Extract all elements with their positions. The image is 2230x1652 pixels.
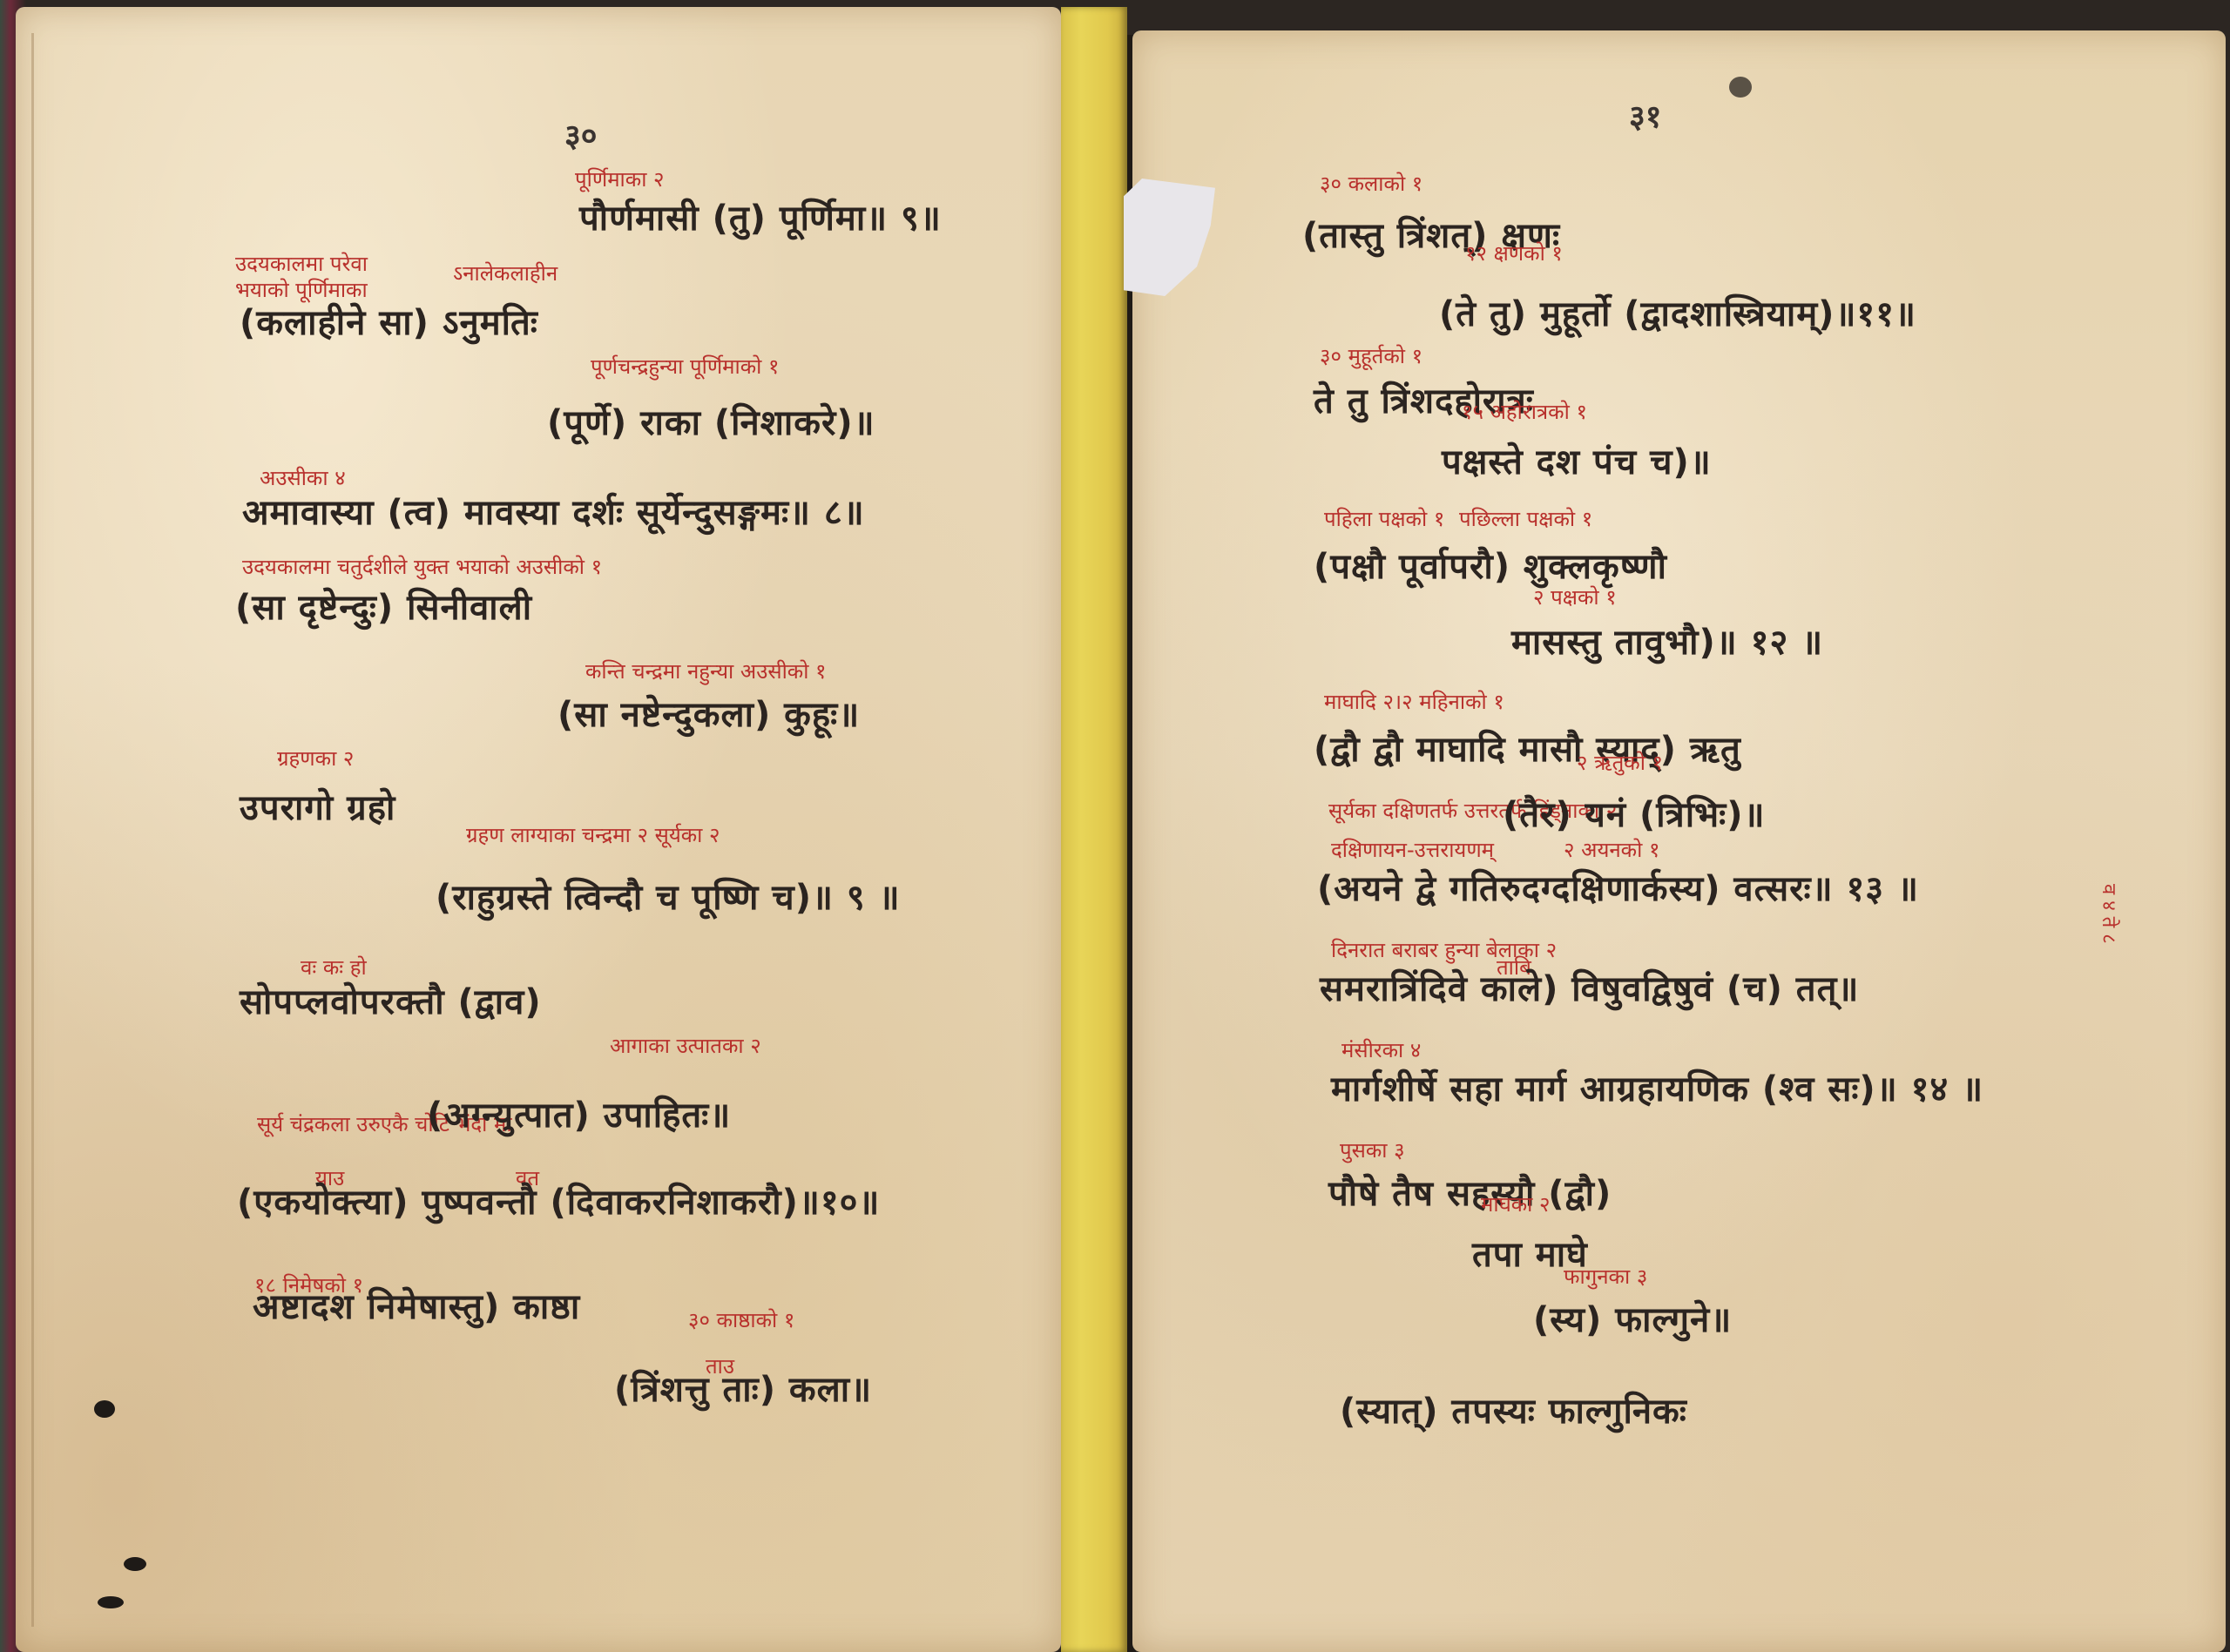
red-gloss-annotation: ग्रहण लाग्याका चन्द्रमा २ सूर्यका २ — [466, 820, 720, 849]
right-page-number: ३१ — [1629, 94, 1661, 137]
ink-stain — [124, 1557, 146, 1571]
red-gloss-annotation: दक्षिणायन-उत्तरायणम् — [1331, 835, 1494, 864]
verse-line: मार्गशीर्षे सहा मार्ग आग्रहायणिक (श्व सः… — [1331, 1063, 1983, 1111]
red-gloss-annotation: २ अयनको १ — [1564, 835, 1659, 864]
margin-note: व ४ ते ८ — [2095, 884, 2121, 944]
verse-line: (द्वौ द्वौ माघादि मासौ स्याद्) ऋतु — [1314, 724, 1741, 772]
verse-line: (राहुग्रस्ते त्विन्दौ च पूष्णि च)॥ ९ ॥ — [436, 872, 901, 920]
red-gloss-annotation: १२ क्षणको १ — [1465, 239, 1563, 267]
red-gloss-annotation: २ ऋतुको १ — [1577, 748, 1663, 777]
red-gloss-annotation: पहिला पक्षको १ — [1324, 504, 1444, 533]
red-gloss-annotation: ३० काष्ठाको १ — [688, 1305, 794, 1334]
verse-line: पौषे तैष सहस्यौ (द्वौ) — [1328, 1168, 1612, 1216]
verse-line: (पक्षौ पूर्वापरौ) शुक्लकृष्णौ — [1314, 541, 1667, 589]
red-gloss-annotation: उदयकालमा परेवा — [235, 249, 368, 278]
verse-line: (त्रिंशत्तु ताः) कला॥ — [614, 1364, 872, 1412]
verse-line: समरात्रिंदिवे काले) विषुवद्विषुवं (च) तत… — [1320, 963, 1859, 1011]
red-gloss-annotation: पूर्णिमाका २ — [575, 165, 665, 193]
red-gloss-annotation: ३० कलाको १ — [1320, 169, 1422, 198]
ink-stain — [94, 1400, 115, 1418]
left-page-fold — [31, 33, 34, 1627]
verse-line: पौर्णमासी (तु) पूर्णिमा॥ ९॥ — [579, 192, 942, 240]
ink-stain — [98, 1596, 124, 1608]
red-gloss-annotation: पुसका ३ — [1340, 1136, 1405, 1164]
verse-line: (कलाहीने सा) ऽनुमतिः — [240, 297, 538, 345]
book-spine — [1061, 7, 1127, 1652]
ink-stain — [1729, 77, 1752, 98]
verse-line: (अग्न्युत्पात) उपाहितः॥ — [427, 1089, 731, 1137]
red-gloss-annotation: २ पक्षको १ — [1533, 583, 1617, 611]
verse-line: (स्य) फाल्गुने॥ — [1533, 1294, 1732, 1342]
verse-line: सोपप्लवोपरक्तौ (द्वाव) — [240, 976, 542, 1024]
red-gloss-annotation: फागुनका ३ — [1564, 1262, 1647, 1291]
red-gloss-annotation: मंसीरका ४ — [1341, 1035, 1421, 1064]
left-page-number: ३० — [564, 113, 597, 156]
verse-line: (एकयोक्त्या) पुष्पवन्तौ (दिवाकरनिशाकरौ)॥… — [237, 1177, 880, 1224]
red-gloss-annotation: उदयकालमा चतुर्दशीले युक्त भयाको अउसीको १ — [242, 552, 602, 581]
red-gloss-annotation: पूर्णचन्द्रहुन्या पूर्णिमाको १ — [591, 352, 780, 381]
verse-line: (अयने द्वे गतिरुदग्दक्षिणार्कस्य) वत्सरः… — [1317, 863, 1919, 911]
verse-line: (पूर्णे) राका (निशाकरे)॥ — [547, 397, 875, 445]
red-gloss-annotation: माघका २ — [1481, 1190, 1551, 1218]
red-gloss-annotation: आगाका उत्पातका २ — [610, 1031, 761, 1060]
verse-line: उपरागो ग्रहो — [240, 782, 395, 830]
verse-line: मासस्तु तावुभौ)॥ १२ ॥ — [1511, 617, 1823, 664]
verse-line: पक्षस्ते दश पंच च)॥ — [1442, 436, 1712, 484]
verse-line: (ते तु) मुहूर्तो (द्वादशास्त्रियाम्)॥११॥ — [1439, 288, 1916, 336]
red-gloss-annotation: पछिल्ला पक्षको १ — [1459, 504, 1592, 533]
verse-line: अष्टादश निमेषास्तु) काष्ठा — [253, 1281, 580, 1329]
red-gloss-annotation: कन्ति चन्द्रमा नहुन्या अउसीको १ — [585, 657, 827, 685]
red-gloss-annotation: १५ अहोरात्रको १ — [1462, 397, 1587, 426]
red-gloss-annotation: ३० मुहूर्तको १ — [1320, 341, 1422, 370]
verse-line: (सा नष्टेन्दुकला) कुहूः॥ — [557, 689, 860, 737]
verse-line: (सा दृष्टेन्दुः) सिनीवाली — [235, 582, 532, 630]
red-gloss-annotation: ग्रहणका २ — [277, 744, 354, 772]
verse-line: अमावास्या (त्व) मावस्या दर्शः सूर्येन्दु… — [242, 487, 865, 535]
verse-line: (स्यात्) तपस्यः फाल्गुनिकः — [1340, 1386, 1687, 1433]
verse-line: (तैर) यनं (त्रिभिः)॥ — [1503, 789, 1766, 837]
red-gloss-annotation: माघादि २।२ महिनाको १ — [1324, 687, 1504, 716]
red-gloss-annotation: ऽनालेकलाहीन — [453, 259, 557, 287]
